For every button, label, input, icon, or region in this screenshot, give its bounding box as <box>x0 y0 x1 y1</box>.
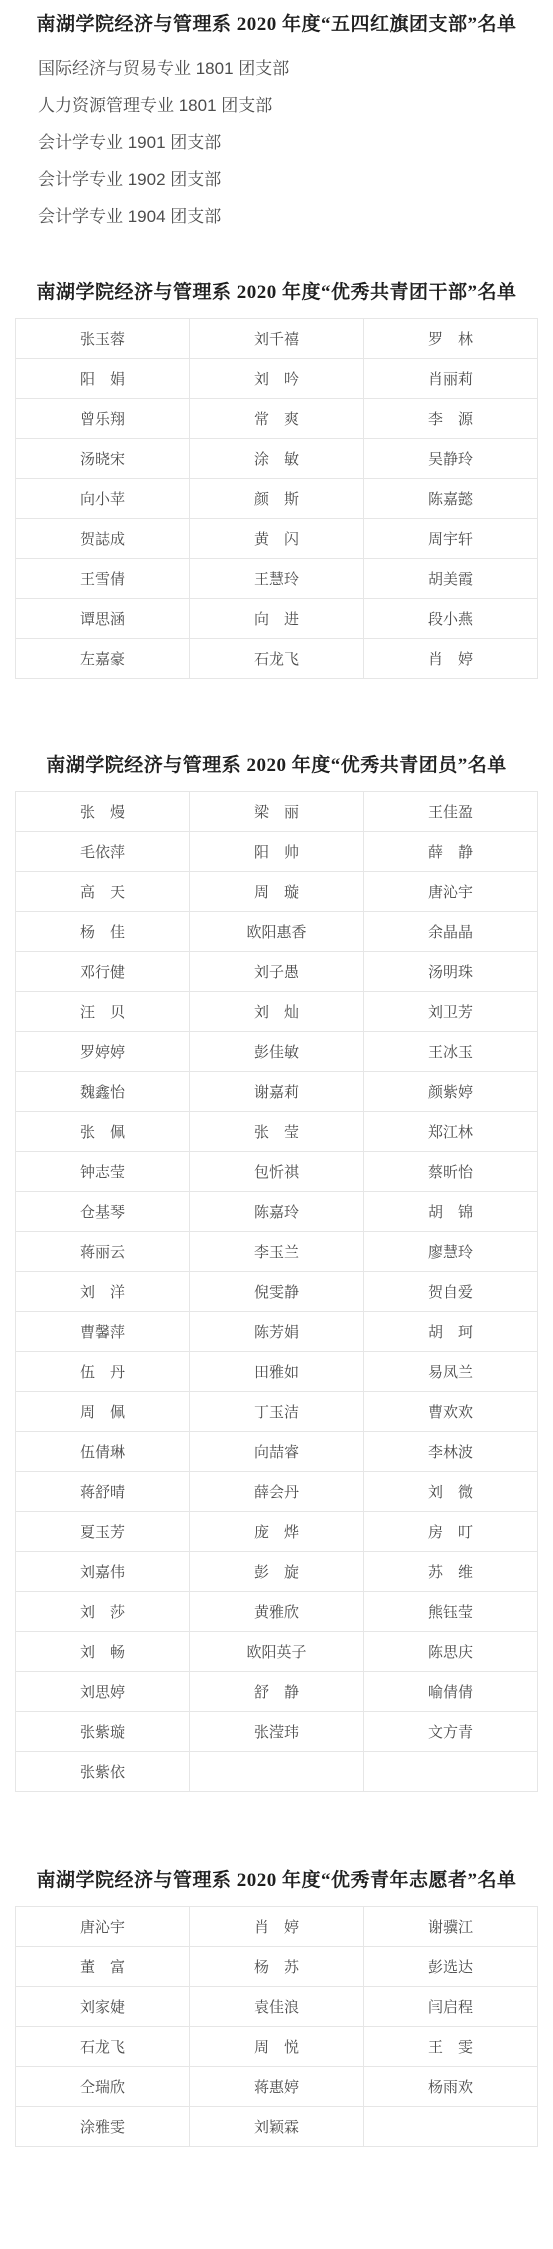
name-cell: 左嘉豪 <box>16 639 190 679</box>
section-outstanding-cadres: 南湖学院经济与管理系 2020 年度“优秀共青团干部”名单 张玉蓉刘千禧罗 林阳… <box>0 276 553 679</box>
name-cell: 陈嘉懿 <box>364 479 538 519</box>
name-cell: 张 佩 <box>16 1112 190 1152</box>
table-row: 曹馨萍陈芳娟胡 珂 <box>16 1312 538 1352</box>
table-row: 伍倩琳向喆睿李林波 <box>16 1432 538 1472</box>
name-cell: 涂雅雯 <box>16 2107 190 2147</box>
name-cell: 黄雅欣 <box>190 1592 364 1632</box>
table-row: 左嘉豪石龙飞肖 婷 <box>16 639 538 679</box>
table-row: 向小苹颜 斯陈嘉懿 <box>16 479 538 519</box>
table-row: 伍 丹田雅如易凤兰 <box>16 1352 538 1392</box>
name-cell: 闫启程 <box>364 1987 538 2027</box>
section-red-flag-branches: 南湖学院经济与管理系 2020 年度“五四红旗团支部”名单 国际经济与贸易专业 … <box>0 8 553 235</box>
name-cell: 陈思庆 <box>364 1632 538 1672</box>
name-cell: 包忻祺 <box>190 1152 364 1192</box>
name-cell: 向 进 <box>190 599 364 639</box>
name-cell: 汤明珠 <box>364 952 538 992</box>
name-cell: 魏鑫怡 <box>16 1072 190 1112</box>
table-row: 汪 贝刘 灿刘卫芳 <box>16 992 538 1032</box>
red-flag-branches-title: 南湖学院经济与管理系 2020 年度“五四红旗团支部”名单 <box>28 8 525 41</box>
table-row: 蒋丽云李玉兰廖慧玲 <box>16 1232 538 1272</box>
branch-list-item: 国际经济与贸易专业 1801 团支部 <box>38 50 553 87</box>
table-row: 王雪倩王慧玲胡美霞 <box>16 559 538 599</box>
name-cell: 易凤兰 <box>364 1352 538 1392</box>
name-cell: 伍 丹 <box>16 1352 190 1392</box>
table-row: 仝瑞欣蒋惠婷杨雨欢 <box>16 2067 538 2107</box>
outstanding-cadres-title: 南湖学院经济与管理系 2020 年度“优秀共青团干部”名单 <box>28 276 525 309</box>
table-row: 贺誌成黄 闪周宇轩 <box>16 519 538 559</box>
name-cell: 刘 莎 <box>16 1592 190 1632</box>
table-row: 张 熳梁 丽王佳盈 <box>16 792 538 832</box>
name-cell: 颜 斯 <box>190 479 364 519</box>
branch-list-item: 人力资源管理专业 1801 团支部 <box>38 87 553 124</box>
table-row: 高 天周 璇唐沁宇 <box>16 872 538 912</box>
table-row: 曾乐翔常 爽李 源 <box>16 399 538 439</box>
table-row: 董 富杨 苏彭选达 <box>16 1947 538 1987</box>
table-row: 刘嘉伟彭 旋苏 维 <box>16 1552 538 1592</box>
name-cell: 杨 苏 <box>190 1947 364 1987</box>
name-cell: 苏 维 <box>364 1552 538 1592</box>
name-cell: 阳 娟 <box>16 359 190 399</box>
name-cell: 房 叮 <box>364 1512 538 1552</box>
name-cell: 蔡昕怡 <box>364 1152 538 1192</box>
name-cell: 汪 贝 <box>16 992 190 1032</box>
name-cell: 王冰玉 <box>364 1032 538 1072</box>
name-cell: 文方青 <box>364 1712 538 1752</box>
table-row: 蒋舒晴薛会丹刘 微 <box>16 1472 538 1512</box>
name-cell: 涂 敏 <box>190 439 364 479</box>
name-cell: 毛依萍 <box>16 832 190 872</box>
table-row: 杨 佳欧阳惠香余晶晶 <box>16 912 538 952</box>
name-cell: 张滢玮 <box>190 1712 364 1752</box>
name-cell: 彭选达 <box>364 1947 538 1987</box>
name-cell: 陈芳娟 <box>190 1312 364 1352</box>
name-cell: 刘嘉伟 <box>16 1552 190 1592</box>
table-row: 阳 娟刘 吟肖丽莉 <box>16 359 538 399</box>
branch-list-item: 会计学专业 1904 团支部 <box>38 198 553 235</box>
name-cell: 邓行健 <box>16 952 190 992</box>
name-cell: 熊钰莹 <box>364 1592 538 1632</box>
name-cell: 杨 佳 <box>16 912 190 952</box>
table-row: 夏玉芳庞 烨房 叮 <box>16 1512 538 1552</box>
section-outstanding-volunteers: 南湖学院经济与管理系 2020 年度“优秀青年志愿者”名单 唐沁宇肖 婷谢骥江董… <box>0 1864 553 2147</box>
name-cell: 周 璇 <box>190 872 364 912</box>
table-row: 刘家婕袁佳浪闫启程 <box>16 1987 538 2027</box>
table-row: 钟志莹包忻祺蔡昕怡 <box>16 1152 538 1192</box>
name-cell: 李林波 <box>364 1432 538 1472</box>
name-cell: 薛会丹 <box>190 1472 364 1512</box>
name-cell <box>364 1752 538 1792</box>
branch-list: 国际经济与贸易专业 1801 团支部人力资源管理专业 1801 团支部会计学专业… <box>0 50 553 235</box>
name-cell: 贺誌成 <box>16 519 190 559</box>
table-row: 刘思婷舒 静喻倩倩 <box>16 1672 538 1712</box>
name-cell: 田雅如 <box>190 1352 364 1392</box>
name-cell: 杨雨欢 <box>364 2067 538 2107</box>
table-row: 张紫依 <box>16 1752 538 1792</box>
table-row: 涂雅雯刘颖霖 <box>16 2107 538 2147</box>
name-cell: 石龙飞 <box>16 2027 190 2067</box>
name-cell: 伍倩琳 <box>16 1432 190 1472</box>
name-cell: 袁佳浪 <box>190 1987 364 2027</box>
name-cell: 张 莹 <box>190 1112 364 1152</box>
name-cell: 仓基琴 <box>16 1192 190 1232</box>
name-cell: 王佳盈 <box>364 792 538 832</box>
name-cell: 向小苹 <box>16 479 190 519</box>
name-cell: 贺自爱 <box>364 1272 538 1312</box>
name-cell: 肖 婷 <box>190 1907 364 1947</box>
name-cell: 常 爽 <box>190 399 364 439</box>
name-cell: 夏玉芳 <box>16 1512 190 1552</box>
name-cell: 王 雯 <box>364 2027 538 2067</box>
name-cell: 吴静玲 <box>364 439 538 479</box>
name-cell: 郑江林 <box>364 1112 538 1152</box>
name-cell: 曹馨萍 <box>16 1312 190 1352</box>
name-cell: 喻倩倩 <box>364 1672 538 1712</box>
name-cell: 李 源 <box>364 399 538 439</box>
name-cell: 陈嘉玲 <box>190 1192 364 1232</box>
name-cell: 周 佩 <box>16 1392 190 1432</box>
name-cell: 唐沁宇 <box>16 1907 190 1947</box>
name-cell: 罗 林 <box>364 319 538 359</box>
table-row: 邓行健刘子愚汤明珠 <box>16 952 538 992</box>
name-cell: 石龙飞 <box>190 639 364 679</box>
name-cell: 刘家婕 <box>16 1987 190 2027</box>
name-cell <box>364 2107 538 2147</box>
name-cell: 庞 烨 <box>190 1512 364 1552</box>
name-cell: 胡 珂 <box>364 1312 538 1352</box>
name-cell: 蒋惠婷 <box>190 2067 364 2107</box>
table-row: 刘 莎黄雅欣熊钰莹 <box>16 1592 538 1632</box>
table-row: 张紫璇张滢玮文方青 <box>16 1712 538 1752</box>
name-cell: 曹欢欢 <box>364 1392 538 1432</box>
table-row: 刘 洋倪雯静贺自爱 <box>16 1272 538 1312</box>
document-page: 南湖学院经济与管理系 2020 年度“五四红旗团支部”名单 国际经济与贸易专业 … <box>0 0 553 2249</box>
name-cell: 刘 微 <box>364 1472 538 1512</box>
name-cell: 刘卫芳 <box>364 992 538 1032</box>
name-cell: 肖丽莉 <box>364 359 538 399</box>
table-row: 唐沁宇肖 婷谢骥江 <box>16 1907 538 1947</box>
name-cell: 彭佳敏 <box>190 1032 364 1072</box>
outstanding-volunteers-table: 唐沁宇肖 婷谢骥江董 富杨 苏彭选达刘家婕袁佳浪闫启程石龙飞周 悦王 雯仝瑞欣蒋… <box>15 1906 538 2147</box>
name-cell: 刘颖霖 <box>190 2107 364 2147</box>
name-cell: 罗婷婷 <box>16 1032 190 1072</box>
name-cell: 刘 洋 <box>16 1272 190 1312</box>
table-row: 张玉蓉刘千禧罗 林 <box>16 319 538 359</box>
table-row: 汤晓宋涂 敏吴静玲 <box>16 439 538 479</box>
name-cell: 刘思婷 <box>16 1672 190 1712</box>
name-cell: 张 熳 <box>16 792 190 832</box>
name-cell: 刘子愚 <box>190 952 364 992</box>
outstanding-cadres-table: 张玉蓉刘千禧罗 林阳 娟刘 吟肖丽莉曾乐翔常 爽李 源汤晓宋涂 敏吴静玲向小苹颜… <box>15 318 538 679</box>
name-cell: 谢骥江 <box>364 1907 538 1947</box>
branch-list-item: 会计学专业 1901 团支部 <box>38 124 553 161</box>
name-cell: 肖 婷 <box>364 639 538 679</box>
name-cell: 刘 畅 <box>16 1632 190 1672</box>
table-row: 仓基琴陈嘉玲胡 锦 <box>16 1192 538 1232</box>
name-cell: 蒋丽云 <box>16 1232 190 1272</box>
table-row: 谭思涵向 进段小燕 <box>16 599 538 639</box>
name-cell: 蒋舒晴 <box>16 1472 190 1512</box>
name-cell: 余晶晶 <box>364 912 538 952</box>
name-cell: 刘 吟 <box>190 359 364 399</box>
name-cell: 董 富 <box>16 1947 190 1987</box>
name-cell: 高 天 <box>16 872 190 912</box>
name-cell: 薛 静 <box>364 832 538 872</box>
name-cell: 王慧玲 <box>190 559 364 599</box>
name-cell: 颜紫婷 <box>364 1072 538 1112</box>
name-cell: 梁 丽 <box>190 792 364 832</box>
name-cell: 张紫依 <box>16 1752 190 1792</box>
name-cell: 张紫璇 <box>16 1712 190 1752</box>
name-cell: 彭 旋 <box>190 1552 364 1592</box>
name-cell: 仝瑞欣 <box>16 2067 190 2107</box>
outstanding-members-table: 张 熳梁 丽王佳盈毛依萍阳 帅薛 静高 天周 璇唐沁宇杨 佳欧阳惠香余晶晶邓行健… <box>15 791 538 1792</box>
name-cell: 舒 静 <box>190 1672 364 1712</box>
table-row: 周 佩丁玉洁曹欢欢 <box>16 1392 538 1432</box>
name-cell: 倪雯静 <box>190 1272 364 1312</box>
table-row: 刘 畅欧阳英子陈思庆 <box>16 1632 538 1672</box>
table-row: 张 佩张 莹郑江林 <box>16 1112 538 1152</box>
outstanding-volunteers-title: 南湖学院经济与管理系 2020 年度“优秀青年志愿者”名单 <box>28 1864 525 1897</box>
outstanding-members-title: 南湖学院经济与管理系 2020 年度“优秀共青团员”名单 <box>28 749 525 782</box>
name-cell: 谭思涵 <box>16 599 190 639</box>
name-cell <box>190 1752 364 1792</box>
branch-list-item: 会计学专业 1902 团支部 <box>38 161 553 198</box>
name-cell: 周 悦 <box>190 2027 364 2067</box>
table-row: 罗婷婷彭佳敏王冰玉 <box>16 1032 538 1072</box>
name-cell: 李玉兰 <box>190 1232 364 1272</box>
name-cell: 阳 帅 <box>190 832 364 872</box>
name-cell: 黄 闪 <box>190 519 364 559</box>
name-cell: 刘千禧 <box>190 319 364 359</box>
name-cell: 钟志莹 <box>16 1152 190 1192</box>
name-cell: 曾乐翔 <box>16 399 190 439</box>
name-cell: 向喆睿 <box>190 1432 364 1472</box>
name-cell: 胡美霞 <box>364 559 538 599</box>
name-cell: 丁玉洁 <box>190 1392 364 1432</box>
name-cell: 周宇轩 <box>364 519 538 559</box>
name-cell: 王雪倩 <box>16 559 190 599</box>
name-cell: 欧阳英子 <box>190 1632 364 1672</box>
name-cell: 刘 灿 <box>190 992 364 1032</box>
name-cell: 欧阳惠香 <box>190 912 364 952</box>
name-cell: 唐沁宇 <box>364 872 538 912</box>
name-cell: 张玉蓉 <box>16 319 190 359</box>
table-row: 石龙飞周 悦王 雯 <box>16 2027 538 2067</box>
name-cell: 廖慧玲 <box>364 1232 538 1272</box>
name-cell: 汤晓宋 <box>16 439 190 479</box>
table-row: 魏鑫怡谢嘉莉颜紫婷 <box>16 1072 538 1112</box>
name-cell: 胡 锦 <box>364 1192 538 1232</box>
section-outstanding-members: 南湖学院经济与管理系 2020 年度“优秀共青团员”名单 张 熳梁 丽王佳盈毛依… <box>0 749 553 1792</box>
table-row: 毛依萍阳 帅薛 静 <box>16 832 538 872</box>
name-cell: 段小燕 <box>364 599 538 639</box>
name-cell: 谢嘉莉 <box>190 1072 364 1112</box>
